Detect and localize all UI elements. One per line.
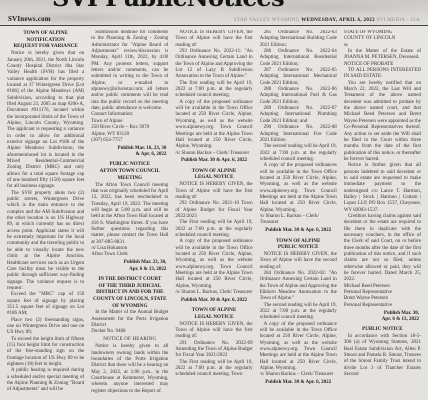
notice-heading: TOWN OF ALPINE NOTIFICATION REQUEST FOR … (7, 30, 84, 50)
notice-paragraph: NOTICE IS HEREBY GIVEN, the Town of Alpi… (175, 182, 252, 201)
notice-paragraph: In accordance with Section 18-5-306 (a) … (344, 334, 421, 378)
notice-paragraph: The SVH property abuts two (2) public st… (7, 191, 84, 293)
notice-paragraph: NOTICE IS HEREBY GIVEN, the Town of Alpi… (175, 30, 252, 49)
notice-paragraph: Notice is further given that all persons… (344, 163, 421, 214)
newspaper-page: SVI PublicNotices SVInews.com STAR VALLE… (0, 0, 428, 400)
notice-paragraph: 285 Ordinance No. 2022-03 Adopting Inter… (260, 30, 337, 49)
header-bar: SVInews.com STAR VALLEY WYOMING WEDNESDA… (0, 11, 428, 26)
location-label: STAR VALLEY WYOMING (234, 18, 300, 23)
notice-heading: TOWN OF ALPINE LEGAL NOTICE (175, 307, 252, 320)
publish-line: Publish Mar. 30, Apr. 6 & 13, 2022 (344, 311, 419, 324)
notice-paragraph: NOTICE IS HEREBY GIVEN, the Town of Alpi… (175, 322, 252, 341)
notice-paragraph: A copy of the proposed ordinance will be… (260, 322, 337, 373)
notice-paragraph: Notice is hereby given that on January 2… (7, 51, 84, 191)
publish-line: Publish Mar. 30 & Apr. 6, 2022 (260, 380, 337, 386)
notice-paragraph: Notice is hereby given to all landowners… (91, 344, 168, 395)
masthead: SVI PublicNotices (0, 0, 428, 11)
notice-paragraph: The First reading will be April 19, 2022… (175, 360, 252, 379)
edition-label: SVI MEDIA - 15A (377, 18, 420, 23)
notice-heading: TOWN OF ALPINE PUBLIC NOTICE (260, 238, 337, 251)
notice-paragraph: (307) 654-7757 (91, 138, 168, 144)
site-name: SVInews.com (8, 15, 51, 23)
notice-paragraph: TO ALL PERSONS INTERESTED IN SAID ESTATE… (344, 68, 421, 81)
notice-heading: PUBLIC NOTICE (344, 326, 421, 333)
notice-paragraph: Submission deadline for comments to the … (91, 30, 168, 112)
notice-paragraph: A public hearing is required during a sc… (7, 368, 84, 393)
notice-paragraph: A copy of the proposed ordinance will be… (175, 239, 252, 290)
notice-paragraph: In the Matter of the Estate of JOANNA M.… (344, 49, 421, 62)
notice-heading: TOWN OF ALPINE LEGAL NOTICE (175, 168, 252, 181)
publish-line: Publish Mar. 16, 23, 30 & Apr. 6, 2022 (91, 146, 166, 159)
masthead-title: SVI PublicNotices (52, 0, 284, 11)
notice-paragraph: /s/ Sharon L. Backus – Clerk/ Treasurer (260, 214, 337, 227)
notice-paragraph: 286 Ordinance No. 2022-04 Adopting Inter… (260, 49, 337, 68)
notice-paragraph: 290 Ordinance No. 2022-08 Adopting Inter… (260, 125, 337, 144)
notice-paragraph: 287 Ordinance No. 2022-05 Adopting Inter… (260, 68, 337, 87)
notice-paragraph: /s/ Sharon Backus – Clerk/ Treasurer (260, 372, 337, 378)
notice-paragraph: The second reading will be April 19, 202… (260, 303, 337, 322)
notice-paragraph: The First reading will be April 19, 2022… (175, 220, 252, 239)
notice-column-4: 285 Ordinance No. 2022-03 Adopting Inter… (260, 30, 337, 398)
notice-subheading: NOTICE OF HEARING (91, 337, 168, 343)
publish-line: Publish Mar. 23, 30, Apr. 6 & 13, 2022 (91, 260, 166, 273)
notice-heading: PUBLIC NOTICE AFTON TOWN COUNCIL MEETING (91, 161, 168, 181)
notice-paragraph: /s/ Sharon Backus – Clerk/ Treasurer (175, 151, 252, 157)
dateline: STAR VALLEY WYOMING WEDNESDAY, APRIL 6, … (234, 18, 420, 23)
notice-columns: TOWN OF ALPINE NOTIFICATION REQUEST FOR … (0, 26, 428, 398)
masthead-band: SVI PublicNotices SVInews.com STAR VALLE… (0, 0, 428, 26)
notice-paragraph: Afton Town Clerk (91, 252, 168, 258)
notice-paragraph: 291 Ordinance No. 2022-09 Amending the T… (175, 341, 252, 360)
notice-heading: IN THE DISTRICT COURT OF THE THIRD JUDIC… (91, 276, 168, 310)
notice-paragraph: To exceed the height limit of fifteen (1… (7, 337, 84, 369)
notice-paragraph: NOTICE IS HEREBY GIVEN, the Town of Alpi… (260, 252, 337, 271)
notice-paragraph: 293 Ordinance No. 2022-11: "An Ordinance… (175, 49, 252, 81)
notice-paragraph: 284 Ordinance No. 2022-02: "An Ordinance… (260, 271, 337, 303)
notice-column-3: NOTICE IS HEREBY GIVEN, the Town of Alpi… (175, 30, 252, 398)
notice-paragraph: In the Matter of the Annual Budget Asses… (91, 310, 168, 329)
notice-paragraph: Creditors having claims against said dec… (344, 214, 421, 284)
notice-paragraph: A copy of the proposed ordinances will b… (260, 163, 337, 214)
notice-column-2: Submission deadline for comments to the … (91, 30, 168, 398)
notice-paragraph: /s/ Sharon L. Backus, Clerk/ Treasurer (175, 290, 252, 296)
notice-paragraph: Place two (2) freestanding signs, one on… (7, 318, 84, 337)
notice-paragraph: The second reading will be April 19, 202… (260, 144, 337, 163)
publish-line: Publish Mar. 30 & Apr. 6, 2022 (260, 228, 337, 234)
notice-paragraph: 292 Ordinance No. 2021-10 Town of Alpine… (175, 201, 252, 220)
notice-column-1: TOWN OF ALPINE NOTIFICATION REQUEST FOR … (7, 30, 84, 398)
notice-paragraph: 289 Ordinance No. 2022-07 Adopting Inter… (260, 106, 337, 125)
notice-paragraph: The first reading will be April 19, 2022… (175, 81, 252, 100)
publish-line: Publish Mar. 30 & Apr. 6, 2022 (175, 158, 252, 164)
publish-line: Publish Mar. 30 & Apr. 6, 2022 (175, 298, 252, 304)
notice-paragraph: 288 Ordinance No. 2022-06 Adopting Inter… (260, 87, 337, 106)
notice-column-5: STATE OF WYOMINGCOUNTY OF LINCOLNssIn th… (344, 30, 421, 398)
date-label: WEDNESDAY, APRIL 6, 2022 (301, 18, 375, 23)
notice-paragraph: You are hereby notified that on March 22… (344, 81, 421, 163)
notice-paragraph: Personal Representative (344, 303, 421, 309)
notice-paragraph: Exceed the "MRC" cap of 150 square feet … (7, 292, 84, 317)
notice-paragraph: A copy of the proposed ordinance will be… (175, 100, 252, 151)
notice-paragraph: Docket No. 9488 (91, 329, 168, 335)
notice-paragraph: The Afton Town Council meeting that was … (91, 183, 168, 246)
